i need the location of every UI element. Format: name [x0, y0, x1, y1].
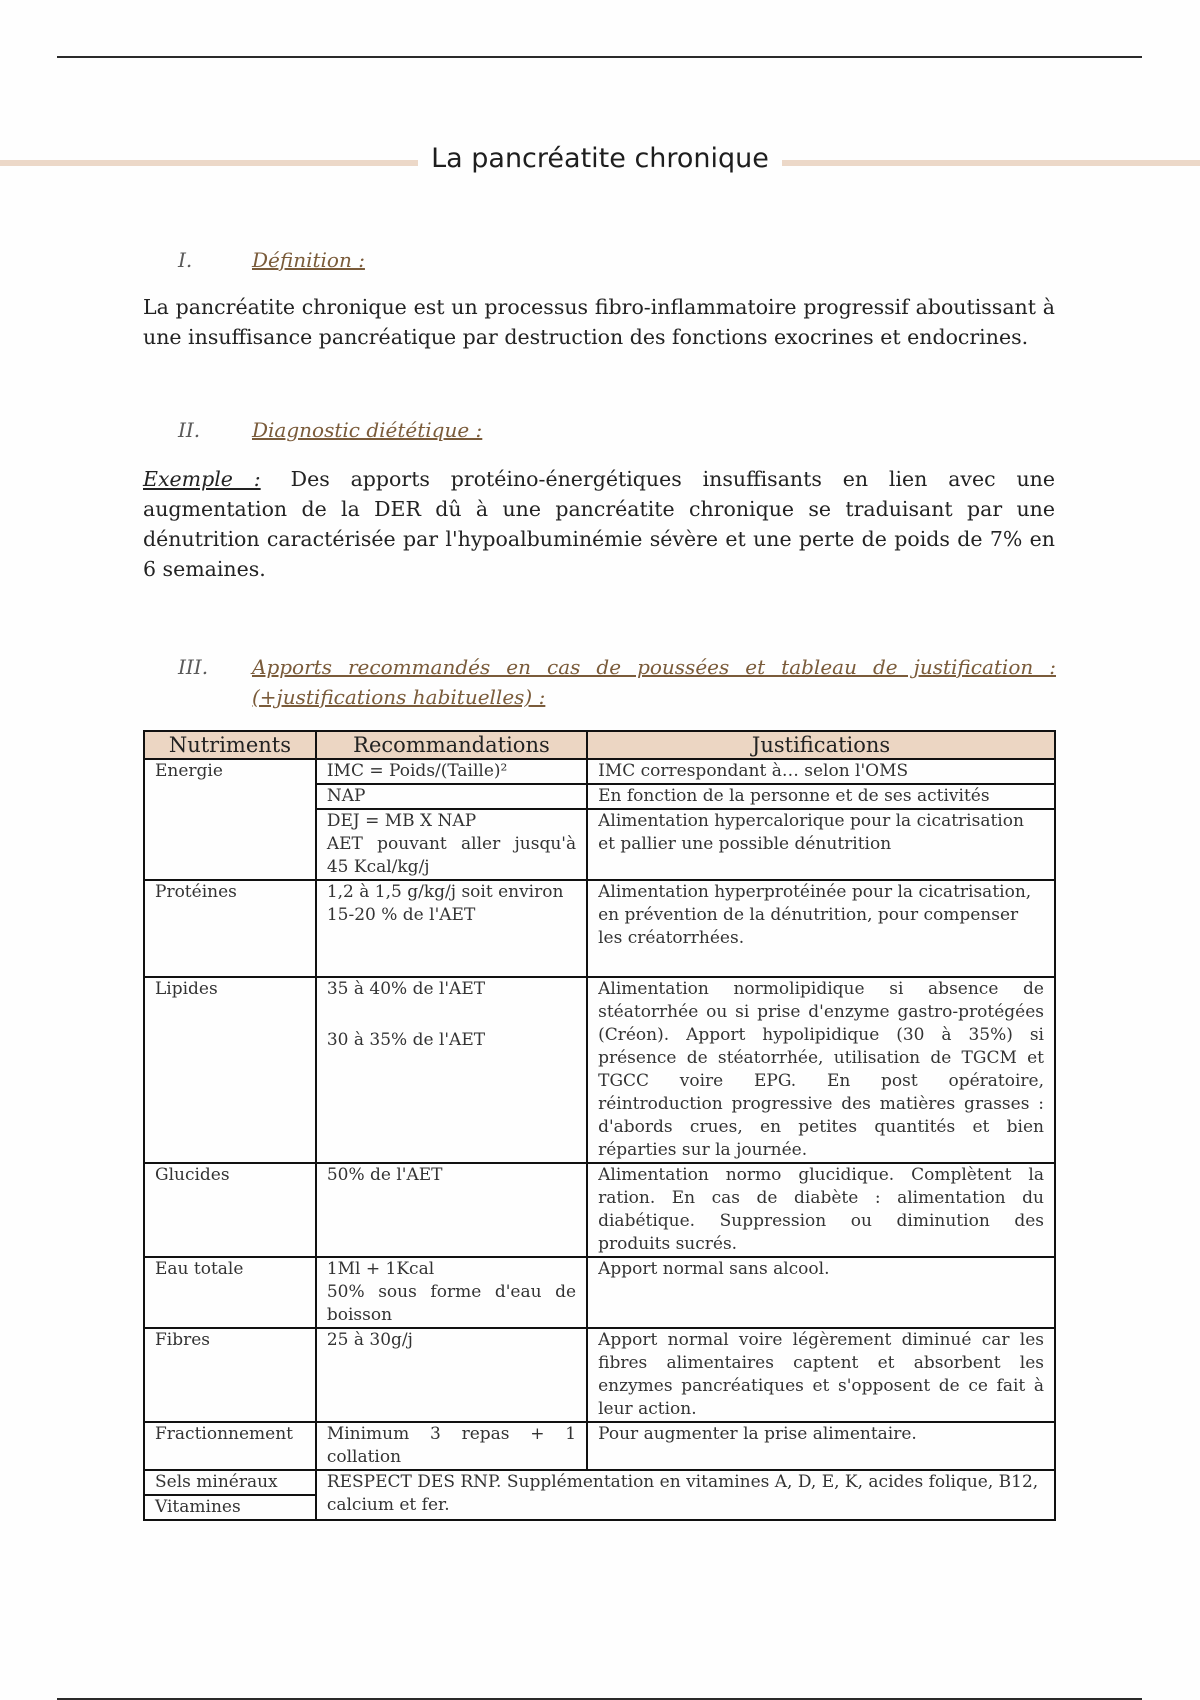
title-rule-right	[782, 160, 1200, 166]
nutrient-cell: Lipides	[144, 977, 316, 1163]
recommendation-cell: 25 à 30g/j	[316, 1328, 587, 1422]
header-rule	[57, 56, 1142, 58]
nutrient-label: Sels minéraux	[145, 1471, 315, 1494]
section-heading-definition: I.Définition :	[178, 248, 365, 272]
recommendation-line: 50% sous forme d'eau de boisson	[327, 1281, 576, 1327]
table-row: Energie IMC = Poids/(Taille)² IMC corres…	[144, 759, 1055, 784]
section-title: Diagnostic diététique :	[252, 418, 482, 442]
recommendation-cell: Minimum 3 repas + 1 collation	[316, 1422, 587, 1470]
table-header-row: Nutriments Recommandations Justification…	[144, 731, 1055, 759]
nutrient-cell: Glucides	[144, 1163, 316, 1257]
recommendation-cell: RESPECT DES RNP. Supplémentation en vita…	[316, 1470, 1055, 1520]
justification-cell: Apport normal sans alcool.	[587, 1257, 1055, 1328]
table-row: Lipides 35 à 40% de l'AET 30 à 35% de l'…	[144, 977, 1055, 1163]
table-row: Glucides 50% de l'AET Alimentation normo…	[144, 1163, 1055, 1257]
column-header: Justifications	[587, 731, 1055, 759]
diagnostic-text: Des apports protéino-énergétiques insuff…	[143, 467, 1055, 581]
justification-cell: Apport normal voire légèrement diminué c…	[587, 1328, 1055, 1422]
table-row: Fibres 25 à 30g/j Apport normal voire lé…	[144, 1328, 1055, 1422]
recommendation-cell: DEJ = MB X NAP AET pouvant aller jusqu'à…	[316, 809, 587, 880]
recommendation-cell: 1Ml + 1Kcal 50% sous forme d'eau de bois…	[316, 1257, 587, 1328]
nutrient-cell: Energie	[144, 759, 316, 880]
nutrient-cell: Fibres	[144, 1328, 316, 1422]
table-row: Protéines 1,2 à 1,5 g/kg/j soit environ …	[144, 880, 1055, 977]
table-row: Sels minéraux Vitamines RESPECT DES RNP.…	[144, 1470, 1055, 1520]
recommendation-cell: 1,2 à 1,5 g/kg/j soit environ 15-20 % de…	[316, 880, 587, 977]
section-number: III.	[178, 652, 252, 682]
nutrient-cell: Protéines	[144, 880, 316, 977]
nutrition-table: Nutriments Recommandations Justification…	[143, 730, 1056, 1521]
definition-paragraph: La pancréatite chronique est un processu…	[143, 292, 1055, 352]
recommendation-line: AET pouvant aller jusqu'à 45 Kcal/kg/j	[327, 833, 576, 879]
recommendation-line: 1Ml + 1Kcal	[327, 1258, 576, 1281]
recommendation-cell: 50% de l'AET	[316, 1163, 587, 1257]
section-number: I.	[178, 248, 252, 272]
section-title: Définition :	[252, 248, 365, 272]
column-header: Recommandations	[316, 731, 587, 759]
recommendation-cell: 35 à 40% de l'AET 30 à 35% de l'AET	[316, 977, 587, 1163]
justification-cell: Alimentation normolipidique si absence d…	[587, 977, 1055, 1163]
nutrient-label: Vitamines	[145, 1494, 315, 1519]
justification-cell: Pour augmenter la prise alimentaire.	[587, 1422, 1055, 1470]
example-label: Exemple :	[143, 467, 261, 491]
recommendation-line: 30 à 35% de l'AET	[327, 1029, 576, 1052]
recommendation-cell: NAP	[316, 784, 587, 809]
title-rule-left	[0, 160, 418, 166]
nutrient-cell: Sels minéraux Vitamines	[144, 1470, 316, 1520]
section-heading-apports: III. Apports recommandés en cas de pouss…	[178, 652, 1056, 712]
section-number: II.	[178, 418, 252, 442]
page-title: La pancréatite chronique	[418, 140, 782, 178]
section-title: Apports recommandés en cas de poussées e…	[252, 652, 1056, 712]
justification-cell: En fonction de la personne et de ses act…	[587, 784, 1055, 809]
table-row: Eau totale 1Ml + 1Kcal 50% sous forme d'…	[144, 1257, 1055, 1328]
recommendation-line: 35 à 40% de l'AET	[327, 978, 576, 1001]
column-header: Nutriments	[144, 731, 316, 759]
table-row: Fractionnement Minimum 3 repas + 1 colla…	[144, 1422, 1055, 1470]
justification-cell: Alimentation normo glucidique. Complèten…	[587, 1163, 1055, 1257]
justification-cell: Alimentation hypercalorique pour la cica…	[587, 809, 1055, 880]
nutrient-cell: Eau totale	[144, 1257, 316, 1328]
recommendation-line: DEJ = MB X NAP	[327, 810, 576, 833]
nutrient-cell: Fractionnement	[144, 1422, 316, 1470]
diagnostic-paragraph: Exemple :Des apports protéino-énergétiqu…	[143, 464, 1055, 584]
section-heading-diagnostic: II.Diagnostic diététique :	[178, 418, 482, 442]
recommendation-line: 1,2 à 1,5 g/kg/j soit environ	[327, 881, 576, 904]
justification-cell: IMC correspondant à… selon l'OMS	[587, 759, 1055, 784]
recommendation-line: 15-20 % de l'AET	[327, 904, 576, 927]
justification-cell: Alimentation hyperprotéinée pour la cica…	[587, 880, 1055, 977]
title-banner: La pancréatite chronique	[0, 140, 1200, 180]
recommendation-cell: IMC = Poids/(Taille)²	[316, 759, 587, 784]
